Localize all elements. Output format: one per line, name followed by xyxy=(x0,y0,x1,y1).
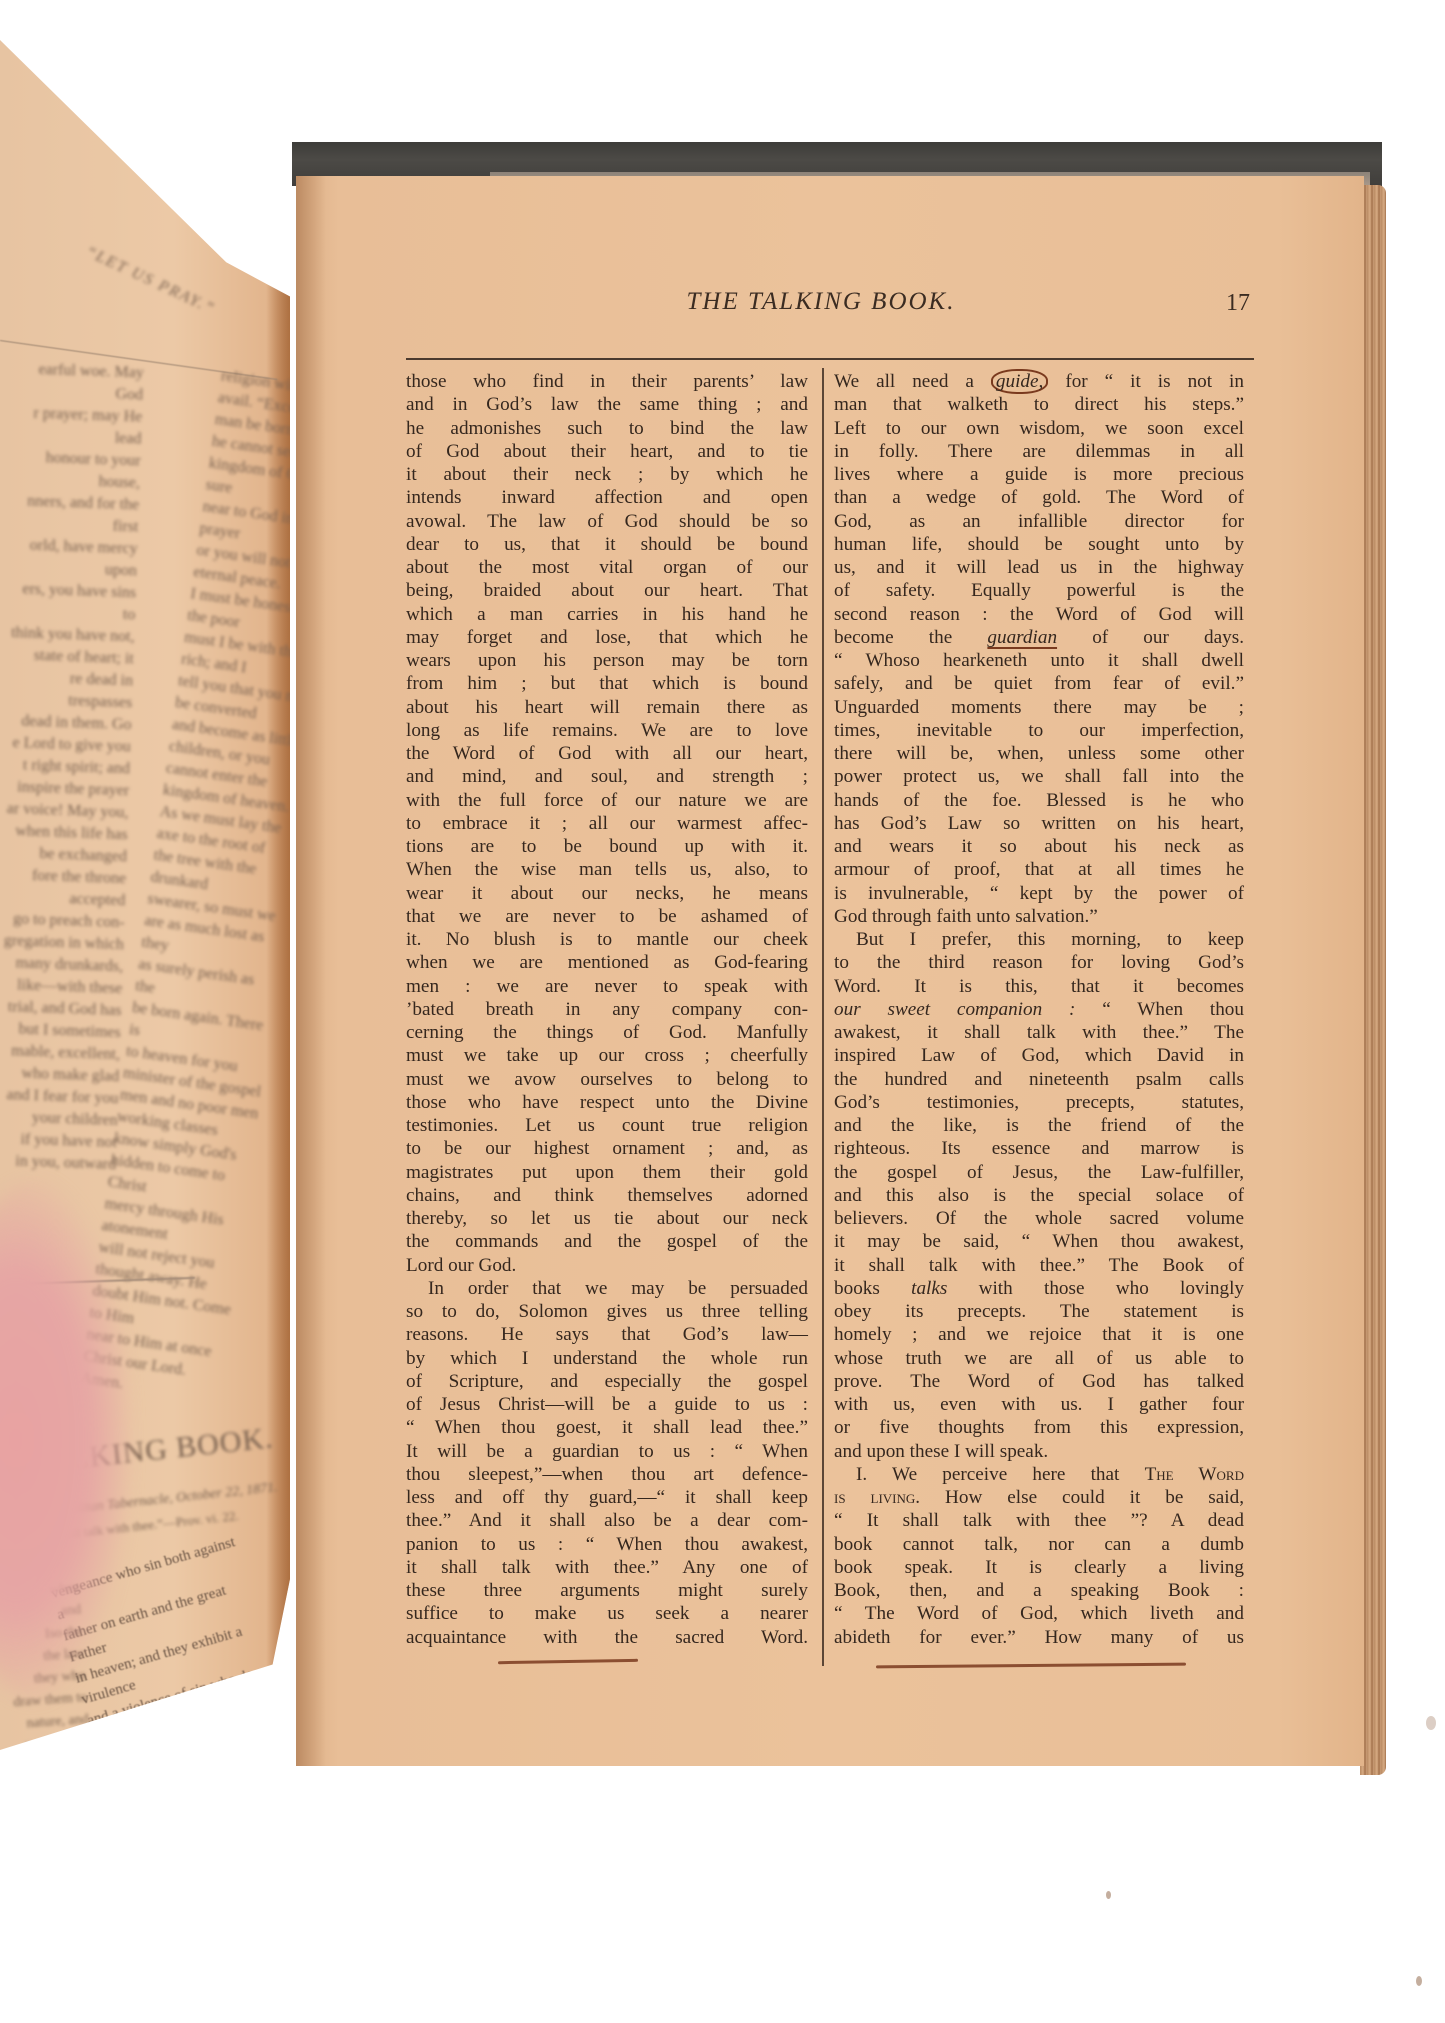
text-line: lives where a guide is more precious xyxy=(834,463,1244,486)
text-line: It will be a guardian to us : “ When xyxy=(406,1440,808,1463)
text-line: “ Whoso hearkeneth unto it shall dwell xyxy=(834,649,1244,672)
text-line: Book, then, and a speaking Book : xyxy=(834,1579,1244,1602)
text-line: Unguarded moments there may be ; xyxy=(834,696,1244,719)
text-line: man that walketh to direct his steps.” xyxy=(834,393,1244,416)
facing-text-line: mable, excellent, xyxy=(0,1040,120,1067)
text-line: wear it about our necks, he means xyxy=(406,882,808,905)
text-line: of safety. Equally powerful is the xyxy=(834,579,1244,602)
text-line: books talks with those who lovingly xyxy=(834,1277,1244,1300)
text-line: is invulnerable, “ kept by the power of xyxy=(834,882,1244,905)
foxing-spot xyxy=(1106,1891,1111,1899)
smallcaps-the-word: The Word xyxy=(1145,1464,1244,1485)
text-line: of God about their heart, and to tie xyxy=(406,440,808,463)
text-line: righteous. Its essence and marrow is xyxy=(834,1137,1244,1160)
text-line: times, inevitable to our imperfection, xyxy=(834,719,1244,742)
foxing-spot xyxy=(1426,1716,1436,1730)
text-line: thou sleepest,”—when thou art defence- xyxy=(406,1463,808,1486)
facing-text-line: when this life has xyxy=(0,820,128,847)
pencil-underline-right-end xyxy=(876,1663,1186,1669)
running-title: THE TALKING BOOK. xyxy=(406,288,1236,316)
text-line: We all need a guide, for “ it is not in xyxy=(834,370,1244,393)
text-line: of Scripture, and especially the gospel xyxy=(406,1370,808,1393)
text-line: from him ; but that which is bound xyxy=(406,672,808,695)
text-line: it about their neck ; by which he xyxy=(406,463,808,486)
facing-text-line: and I fear for you xyxy=(0,1084,119,1111)
text-line: acquaintance with the sacred Word. xyxy=(406,1626,808,1649)
text-line: tions are to be bound up with it. xyxy=(406,835,808,858)
text-line: inspired Law of God, which David in xyxy=(834,1044,1244,1067)
text-line: God through faith unto salvation.” xyxy=(834,905,1244,928)
text-line: than a wedge of gold. The Word of xyxy=(834,486,1244,509)
text-line: wears upon his person may be torn xyxy=(406,649,808,672)
facing-text-line: r prayer; may He lead xyxy=(11,402,142,451)
text-line: less and off thy guard,—“ it shall keep xyxy=(406,1486,808,1509)
text-line: I. We perceive here that The Word xyxy=(834,1463,1244,1486)
text-line: it shall talk with thee.” The Book of xyxy=(834,1254,1244,1277)
head-rule xyxy=(406,358,1254,360)
text-line: has God’s Law so written on his heart, xyxy=(834,812,1244,835)
gutter-shadow xyxy=(296,176,326,1766)
text-line: so to do, Solomon gives us three telling xyxy=(406,1300,808,1323)
text-line: book speak. It is clearly a living xyxy=(834,1556,1244,1579)
column-divider xyxy=(822,368,824,1666)
italic-guardian: guardian xyxy=(987,627,1057,648)
text-line: “ When thou goest, it shall lead thee.” xyxy=(406,1416,808,1439)
facing-text-line: in you, outward xyxy=(0,1149,117,1176)
facing-text-line: re dead in trespasses xyxy=(2,666,133,715)
facing-text-line: science and of God. Solomon, in the xyxy=(115,1761,319,1858)
text-line: But I prefer, this morning, to keep xyxy=(834,928,1244,951)
text-line: and this also is the special solace of xyxy=(834,1184,1244,1207)
text-line: those who find in their parents’ law xyxy=(406,370,808,393)
text-line: which a man carries in his hand he xyxy=(406,603,808,626)
facing-text-line: think you have not, xyxy=(4,622,135,649)
text-line: When the wise man tells us, also, to xyxy=(406,858,808,881)
text-line: dear to us, that it should be bound xyxy=(406,533,808,556)
text-line: suffice to make us seek a nearer xyxy=(406,1602,808,1625)
text-line: it shall talk with thee.” Any one of xyxy=(406,1556,808,1579)
text-line: with the full force of our nature we are xyxy=(406,789,808,812)
facing-text-line: passage before us, evidently speaks of xyxy=(127,1804,331,1901)
text-line: ’bated breath in any company con- xyxy=(406,998,808,1021)
facing-text-line: e Lord to give you xyxy=(0,732,131,759)
text-line: about his heart will remain there as xyxy=(406,696,808,719)
text-line: intends inward affection and open xyxy=(406,486,808,509)
facing-text-line: orld, have mercy upon xyxy=(7,534,138,583)
text-line: safely, and be quiet from fear of evil.” xyxy=(834,672,1244,695)
text-line: armour of proof, that at all times he xyxy=(834,858,1244,881)
facing-text-line: honour to your house, xyxy=(10,446,141,495)
text-line: Left to our own wisdom, we soon excel xyxy=(834,417,1244,440)
text-line: book cannot talk, nor can a dumb xyxy=(834,1533,1244,1556)
text-line: to embrace it ; all our warmest affec- xyxy=(406,812,808,835)
text-line: or five thoughts from this expression, xyxy=(834,1416,1244,1439)
facing-text-line: nners, and for the first xyxy=(8,490,139,539)
foxing-spot xyxy=(1416,1976,1422,1986)
text-line: about the most vital organ of our xyxy=(406,556,808,579)
text-line: in folly. There are dilemmas in all xyxy=(834,440,1244,463)
text-line: hands of the foe. Blessed is he who xyxy=(834,789,1244,812)
text-line: awakest, it shall talk with thee.” The xyxy=(834,1021,1244,1044)
facing-column-1: earful woe. May Godr prayer; may He lead… xyxy=(0,358,144,1176)
text-line: must we avow ourselves to belong to xyxy=(406,1068,808,1091)
text-line: second reason : the Word of God will xyxy=(834,603,1244,626)
text-line: believers. Of the whole sacred volume xyxy=(834,1207,1244,1230)
pencil-underline-left-end xyxy=(498,1659,638,1664)
text-line: abideth for ever.” How many of us xyxy=(834,1626,1244,1649)
text-line: Lord our God. xyxy=(406,1254,808,1277)
text-line: In order that we may be persuaded xyxy=(406,1277,808,1300)
text-line: those who have respect unto the Divine xyxy=(406,1091,808,1114)
facing-text-line: earful woe. May God xyxy=(13,358,144,407)
text-line: the gospel of Jesus, the Law-fulfiller, xyxy=(834,1161,1244,1184)
text-line: must we take up our cross ; cheerfully xyxy=(406,1044,808,1067)
text-line: cerning the things of God. Manfully xyxy=(406,1021,808,1044)
circled-word-guide: guide, xyxy=(991,369,1048,394)
running-head: THE TALKING BOOK. 17 xyxy=(406,288,1236,322)
facing-text-line: to the tender obligations of childhood, xyxy=(97,1698,301,1795)
text-line: the hundred and nineteenth psalm calls xyxy=(834,1068,1244,1091)
text-line: may forget and lose, that which he xyxy=(406,626,808,649)
smallcaps-is-living: is living. xyxy=(834,1487,920,1508)
text-line: with us, even with us. I gather four xyxy=(834,1393,1244,1416)
text-line: that we are never to be ashamed of xyxy=(406,905,808,928)
text-line: chains, and think themselves adorned xyxy=(406,1184,808,1207)
text-line: these three arguments might surely xyxy=(406,1579,808,1602)
text-line: God, as an infallible director for xyxy=(834,510,1244,533)
facing-text-line: y sin with a xyxy=(5,1731,91,1759)
text-line: us, and it will lead us in the highway xyxy=(834,556,1244,579)
text-line: homely ; and we rejoice that it is one xyxy=(834,1323,1244,1346)
facing-text-line: ers, you have sins to xyxy=(5,578,136,627)
text-line: thereby, so let us tie about our neck xyxy=(406,1207,808,1230)
text-line: prove. The Word of God has talked xyxy=(834,1370,1244,1393)
text-line: the Word of God with all our heart, xyxy=(406,742,808,765)
text-line: it may be said, “ When thou awakest, xyxy=(834,1230,1244,1253)
text-line: of Jesus Christ—will be a guide to us : xyxy=(406,1393,808,1416)
text-line: whose truth we are all of us able to xyxy=(834,1347,1244,1370)
text-line: and upon these I will speak. xyxy=(834,1440,1244,1463)
text-line: obey its precepts. The statement is xyxy=(834,1300,1244,1323)
text-line: men : we are never to speak with xyxy=(406,975,808,998)
text-line: there will be, when, unless some other xyxy=(834,742,1244,765)
text-line: the commands and the gospel of the xyxy=(406,1230,808,1253)
text-line: and wears it so about his neck as xyxy=(834,835,1244,858)
text-line: Word. It is this, that it becomes xyxy=(834,975,1244,998)
text-line: and mind, and soul, and strength ; xyxy=(406,765,808,788)
text-line: magistrates put upon them their gold xyxy=(406,1161,808,1184)
text-line: avowal. The law of God should be so xyxy=(406,510,808,533)
facing-running-head: “LET US PRAY.” xyxy=(82,241,219,320)
text-line: it. No blush is to mantle our cheek xyxy=(406,928,808,951)
text-line: God’s testimonies, precepts, statutes, xyxy=(834,1091,1244,1114)
text-line: “ The Word of God, which liveth and xyxy=(834,1602,1244,1625)
text-line: long as life remains. We are to love xyxy=(406,719,808,742)
italic-talks: talks xyxy=(911,1278,947,1299)
text-line: “ It shall talk with thee ”? A dead xyxy=(834,1509,1244,1532)
text-line: testimonies. Let us count true religion xyxy=(406,1114,808,1137)
facing-text-line: as well as to the demands of con- xyxy=(109,1740,307,1816)
text-line: and the like, is the friend of the xyxy=(834,1114,1244,1137)
text-column-left: those who find in their parents’ lawand … xyxy=(406,370,808,1649)
text-line: by which I understand the whole run xyxy=(406,1347,808,1370)
book-page: THE TALKING BOOK. 17 those who find in t… xyxy=(296,176,1364,1766)
text-line: when we are mentioned as God-fearing xyxy=(406,951,808,974)
text-line: he admonishes such to bind the law xyxy=(406,417,808,440)
text-line: is living. How else could it be said, xyxy=(834,1486,1244,1509)
page-number: 17 xyxy=(1226,290,1250,317)
text-line: reasons. He says that God’s law— xyxy=(406,1323,808,1346)
text-line: become the guardian of our days. xyxy=(834,626,1244,649)
text-line: to the third reason for loving God’s xyxy=(834,951,1244,974)
text-line: panion to us : “ When thou awakest, xyxy=(406,1533,808,1556)
text-column-right: We all need a guide, for “ it is not in … xyxy=(834,370,1244,1649)
text-line: our sweet companion : “ When thou xyxy=(834,998,1244,1021)
text-line: thee.” And it shall also be a dear com- xyxy=(406,1509,808,1532)
text-line: human life, should be sought unto by xyxy=(834,533,1244,556)
text-line: being, braided about our heart. That xyxy=(406,579,808,602)
text-line: to be our highest ornament ; and, as xyxy=(406,1137,808,1160)
text-line: power protect us, we shall fall into the xyxy=(834,765,1244,788)
italic-companion: our sweet companion : xyxy=(834,999,1075,1020)
text-line: and in God’s law the same thing ; and xyxy=(406,393,808,416)
